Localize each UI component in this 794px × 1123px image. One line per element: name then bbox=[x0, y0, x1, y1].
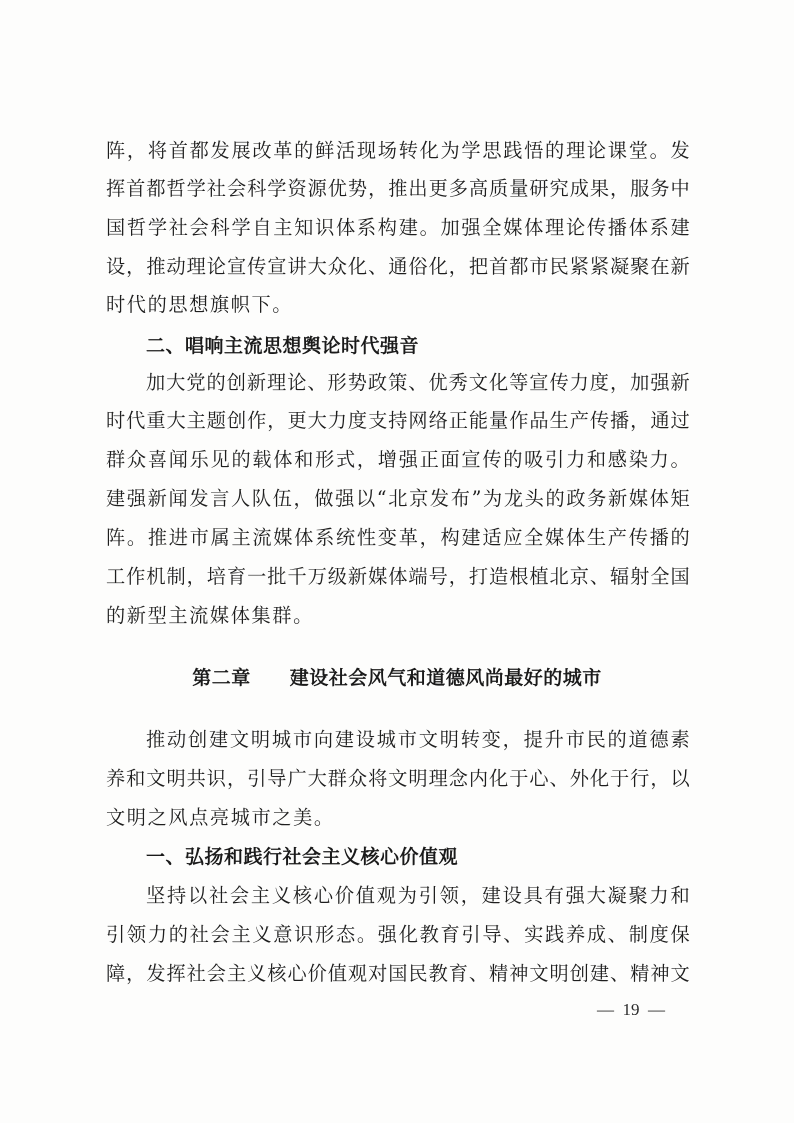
body-text-line: 阵，将首都发展改革的鲜活现场转化为学思践悟的理论课堂。发 bbox=[106, 136, 690, 166]
body-text-line: 阵。推进市属主流媒体系统性变革，构建适应全媒体生产传播的 bbox=[106, 523, 690, 553]
body-text-line: 的新型主流媒体集群。 bbox=[106, 601, 690, 631]
body-text-line: 设，推动理论宣传宣讲大众化、通俗化，把首都市民紧紧凝聚在新 bbox=[106, 252, 690, 282]
page-number: — 19 — bbox=[586, 996, 676, 1024]
body-text-line: 坚持以社会主义核心价值观为引领，建设具有强大凝聚力和 bbox=[146, 881, 690, 911]
section-heading: 一、弘扬和践行社会主义核心价值观 bbox=[146, 842, 458, 872]
body-text-line: 障，发挥社会主义核心价值观对国民教育、精神文明创建、精神文 bbox=[106, 959, 690, 989]
body-text-line: 时代重大主题创作，更大力度支持网络正能量作品生产传播，通过 bbox=[106, 406, 690, 436]
document-page: 阵，将首都发展改革的鲜活现场转化为学思践悟的理论课堂。发 挥首都哲学社会科学资源… bbox=[0, 0, 794, 1123]
body-text-line: 文明之风点亮城市之美。 bbox=[106, 803, 690, 833]
body-text-line: 加大党的创新理论、形势政策、优秀文化等宣传力度，加强新 bbox=[146, 368, 690, 398]
section-heading: 二、唱响主流思想舆论时代强音 bbox=[146, 331, 419, 361]
chapter-title: 第二章 建设社会风气和道德风尚最好的城市 bbox=[0, 663, 794, 693]
body-text-line: 引领力的社会主义意识形态。强化教育引导、实践养成、制度保 bbox=[106, 920, 690, 950]
body-text-line: 养和文明共识，引导广大群众将文明理念内化于心、外化于行，以 bbox=[106, 764, 690, 794]
body-text-line: 国哲学社会科学自主知识体系构建。加强全媒体理论传播体系建 bbox=[106, 213, 690, 243]
body-text-line: 时代的思想旗帜下。 bbox=[106, 290, 690, 320]
body-text-line: 推动创建文明城市向建设城市文明转变，提升市民的道德素 bbox=[146, 725, 690, 755]
body-text-line: 建强新闻发言人队伍，做强以“北京发布”为龙头的政务新媒体矩 bbox=[106, 484, 690, 514]
body-text-line: 群众喜闻乐见的载体和形式，增强正面宣传的吸引力和感染力。 bbox=[106, 445, 690, 475]
body-text-line: 工作机制，培育一批千万级新媒体端号，打造根植北京、辐射全国 bbox=[106, 562, 690, 592]
body-text-line: 挥首都哲学社会科学资源优势，推出更多高质量研究成果，服务中 bbox=[106, 174, 690, 204]
